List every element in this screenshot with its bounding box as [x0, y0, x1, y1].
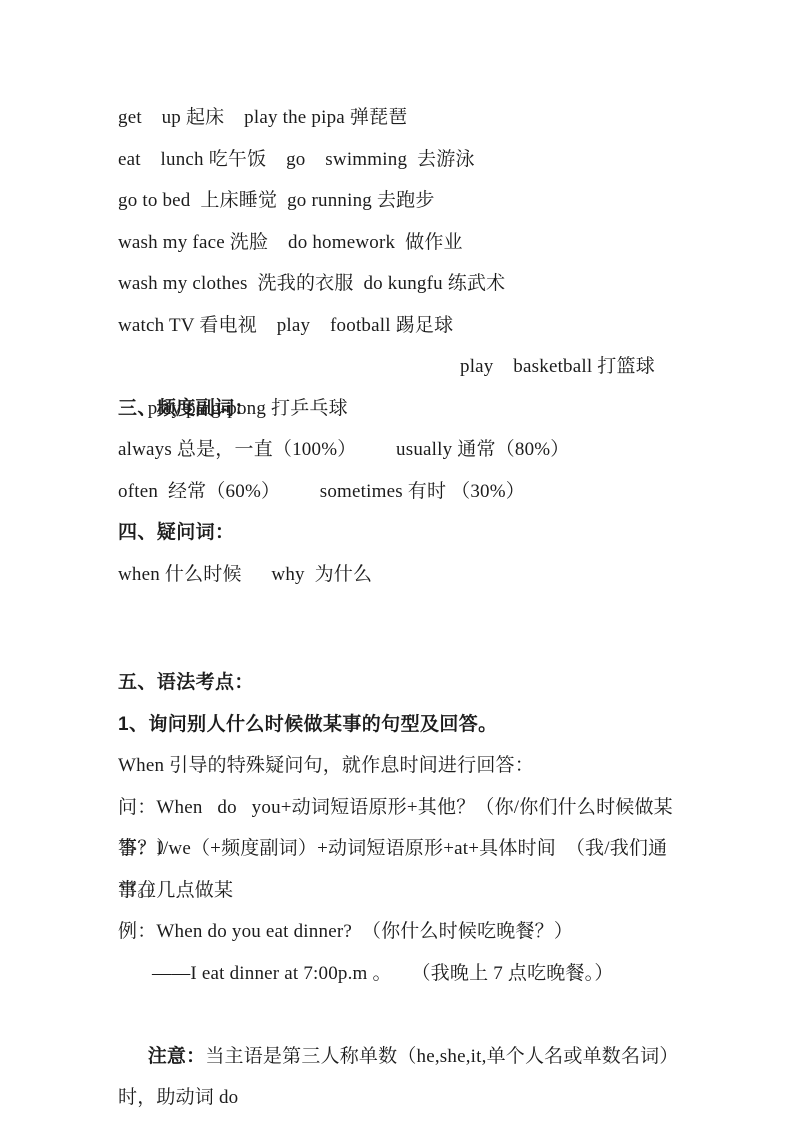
- phrase-left: play ping-pong 打乒乓球: [148, 398, 348, 419]
- phrase-line: wash my clothes 洗我的衣服 do kungfu 练武术: [118, 263, 683, 305]
- phrase-line-split: play ping-pong 打乒乓球 play basketball 打篮球: [118, 346, 683, 388]
- grammar-point-1-heading: 1、询问别人什么时候做某事的句型及回答。: [118, 704, 683, 746]
- document-page: get up 起床 play the pipa 弹琵琶 eat lunch 吃午…: [0, 0, 793, 1122]
- phrase-line: wash my face 洗脸 do homework 做作业: [118, 222, 683, 264]
- frequency-adverb-line: often 经常（60%） sometimes 有时 （30%）: [118, 471, 683, 513]
- grammar-explain-line: When 引导的特殊疑问句，就作息时间进行回答：: [118, 745, 683, 787]
- note-label: 注意：: [148, 1046, 206, 1067]
- section-4-heading: 四、疑问词：: [118, 512, 683, 554]
- note-line: 注意：当主语是第三人称单数（he,she,it,单个人名或单数名词）时，助动词 …: [118, 994, 683, 1036]
- grammar-question-pattern-line: 问：When do you+动词短语原形+其他？（你/你们什么时候做某事？）: [118, 787, 683, 829]
- question-word-line: when 什么时候 why 为什么: [118, 554, 683, 596]
- grammar-answer-pattern-line: 答：I/we（+频度副词）+动词短语原形+at+具体时间 （我/我们通常在几点做…: [118, 828, 683, 870]
- phrase-right: play basketball 打篮球: [460, 346, 655, 388]
- phrase-line: watch TV 看电视 play football 踢足球: [118, 305, 683, 347]
- grammar-example-line: 例：When do you eat dinner? （你什么时候吃晚餐？）: [118, 911, 683, 953]
- phrase-line: get up 起床 play the pipa 弹琵琶: [118, 97, 683, 139]
- grammar-example-answer-line: ——I eat dinner at 7:00p.m 。 （我晚上 7 点吃晚餐。…: [118, 953, 683, 995]
- phrase-line: go to bed 上床睡觉 go running 去跑步: [118, 180, 683, 222]
- frequency-adverb-line: always 总是，一直（100%） usually 通常（80%）: [118, 429, 683, 471]
- document-content: get up 起床 play the pipa 弹琵琶 eat lunch 吃午…: [0, 0, 793, 1036]
- section-gap: [118, 595, 683, 662]
- section-5-heading: 五、语法考点：: [118, 662, 683, 704]
- phrase-line: eat lunch 吃午饭 go swimming 去游泳: [118, 139, 683, 181]
